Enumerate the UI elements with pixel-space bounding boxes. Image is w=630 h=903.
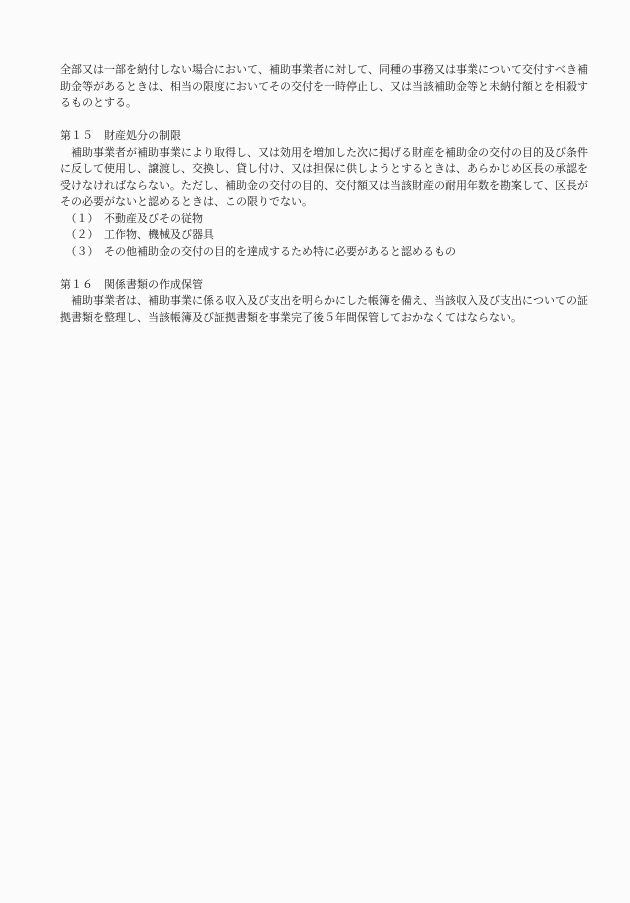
section-16-heading: 第１６ 関係書類の作成保管 bbox=[60, 277, 580, 294]
section-15-item-list: （１） 不動産及びその従物 （２） 工作物、機械及び器具 （３） その他補助金の… bbox=[60, 211, 580, 261]
carryover-paragraph: 全部又は一部を納付しない場合において、補助事業者に対して、同種の事務又は事業につ… bbox=[60, 62, 580, 112]
section-16: 第１６ 関係書類の作成保管 補助事業者は、補助事業に係る収入及び支出を明らかにし… bbox=[60, 277, 580, 327]
section-15-body: 補助事業者が補助事業により取得し、又は効用を増加した次に掲げる財産を補助金の交付… bbox=[60, 145, 580, 211]
document-page: 全部又は一部を納付しない場合において、補助事業者に対して、同種の事務又は事業につ… bbox=[0, 0, 630, 903]
section-16-body: 補助事業者は、補助事業に係る収入及び支出を明らかにした帳簿を備え、当該収入及び支… bbox=[60, 293, 580, 326]
section-15-heading: 第１５ 財産処分の制限 bbox=[60, 128, 580, 145]
section-15: 第１５ 財産処分の制限 補助事業者が補助事業により取得し、又は効用を増加した次に… bbox=[60, 128, 580, 260]
